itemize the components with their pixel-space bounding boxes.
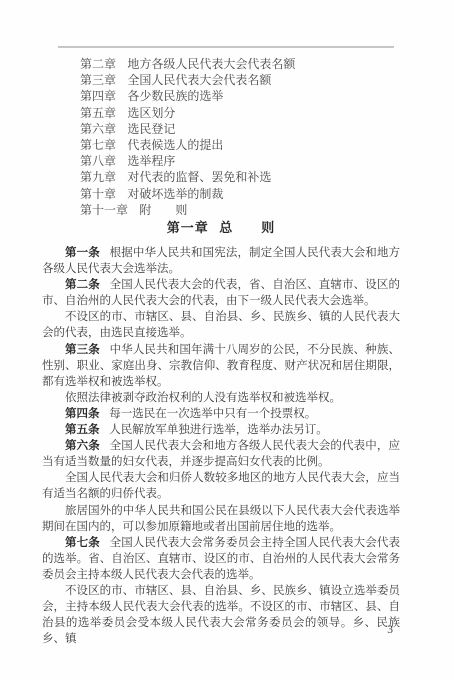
toc-chapter-title: 各少数民族的选举	[127, 89, 223, 103]
toc-item: 第三章全国人民代表大会代表名额	[80, 72, 295, 88]
article-paragraph: 第三条中华人民共和国年满十八周岁的公民，不分民族、种族、性别、职业、家庭出身、宗…	[42, 342, 400, 390]
article-number: 第一条	[65, 247, 100, 259]
toc-chapter-number: 第八章	[80, 154, 116, 168]
toc-item: 第十一章附 则	[80, 202, 295, 218]
article-paragraph: 依照法律被剥夺政治权利的人没有选举权和被选举权。	[42, 390, 400, 406]
toc-chapter-number: 第七章	[80, 138, 116, 152]
chapter-heading-title: 总 则	[219, 220, 275, 235]
toc-item: 第八章选举程序	[80, 153, 295, 169]
toc-item: 第七章代表候选人的提出	[80, 137, 295, 153]
chapter-heading: 第一章总 则	[42, 220, 400, 236]
toc-item: 第二章地方各级人民代表大会代表名额	[80, 56, 295, 72]
page-number: 3	[387, 624, 393, 636]
document-page: 第二章地方各级人民代表大会代表名额 第三章全国人民代表大会代表名额 第四章各少数…	[0, 0, 454, 680]
article-number: 第二条	[65, 279, 100, 291]
toc-chapter-title: 地方各级人民代表大会代表名额	[127, 57, 295, 71]
article-paragraph: 第七条全国人民代表大会常务委员会主持全国人民代表大会代表的选举。省、自治区、直辖…	[42, 535, 400, 583]
toc-chapter-title: 全国人民代表大会代表名额	[127, 73, 271, 87]
toc-chapter-number: 第十章	[80, 187, 116, 201]
toc-item: 第四章各少数民族的选举	[80, 88, 295, 104]
table-of-contents: 第二章地方各级人民代表大会代表名额 第三章全国人民代表大会代表名额 第四章各少数…	[80, 56, 295, 218]
article-paragraph: 不设区的市、市辖区、县、自治县、乡、民族乡、镇的人民代表大会的代表，由选民直接选…	[42, 309, 400, 341]
article-text: 全国人民代表大会和归侨人数较多地区的地方人民代表大会，应当有适当名额的归侨代表。	[42, 472, 400, 500]
toc-chapter-title: 对破坏选举的制裁	[127, 187, 223, 201]
article-number: 第六条	[65, 440, 100, 452]
toc-chapter-number: 第九章	[80, 170, 116, 184]
toc-chapter-number: 第五章	[80, 106, 116, 120]
toc-chapter-number: 第四章	[80, 89, 116, 103]
article-body: 第一条根据中华人民共和国宪法，制定全国人民代表大会和地方各级人民代表大会选举法。…	[42, 245, 400, 647]
article-number: 第七条	[65, 537, 100, 549]
article-text: 不设区的市、市辖区、县、自治县、乡、民族乡、镇设立选举委员会，主持本级人民代表大…	[42, 585, 400, 645]
article-number: 第五条	[65, 424, 100, 436]
article-number: 第四条	[65, 408, 100, 420]
article-text: 旅居国外的中华人民共和国公民在县级以下人民代表大会代表选举期间在国内的，可以参加…	[42, 505, 400, 533]
toc-chapter-title: 选区划分	[127, 106, 175, 120]
article-paragraph: 第四条每一选民在一次选举中只有一个投票权。	[42, 406, 400, 422]
article-paragraph: 第五条人民解放军单独进行选举，选举办法另订。	[42, 422, 400, 438]
article-text: 依照法律被剥夺政治权利的人没有选举权和被选举权。	[65, 392, 341, 404]
toc-chapter-title: 选民登记	[127, 122, 175, 136]
toc-item: 第十章对破坏选举的制裁	[80, 186, 295, 202]
toc-item: 第九章对代表的监督、罢免和补选	[80, 169, 295, 185]
article-paragraph: 全国人民代表大会和归侨人数较多地区的地方人民代表大会，应当有适当名额的归侨代表。	[42, 470, 400, 502]
article-paragraph: 不设区的市、市辖区、县、自治县、乡、民族乡、镇设立选举委员会，主持本级人民代表大…	[42, 583, 400, 647]
article-paragraph: 第二条全国人民代表大会的代表，省、自治区、直辖市、设区的市、自治州的人民代表大会…	[42, 277, 400, 309]
toc-chapter-number: 第六章	[80, 122, 116, 136]
article-paragraph: 第六条全国人民代表大会和地方各级人民代表大会的代表中，应当有适当数量的妇女代表，…	[42, 438, 400, 470]
toc-chapter-number: 第二章	[80, 57, 116, 71]
article-text: 人民解放军单独进行选举，选举办法另订。	[109, 424, 328, 436]
toc-item: 第六章选民登记	[80, 121, 295, 137]
article-text: 不设区的市、市辖区、县、自治县、乡、民族乡、镇的人民代表大会的代表，由选民直接选…	[42, 311, 400, 339]
toc-chapter-number: 第三章	[80, 73, 116, 87]
toc-chapter-title: 附 则	[139, 203, 187, 217]
chapter-heading-number: 第一章	[167, 220, 209, 235]
article-paragraph: 第一条根据中华人民共和国宪法，制定全国人民代表大会和地方各级人民代表大会选举法。	[42, 245, 400, 277]
toc-chapter-title: 选举程序	[127, 154, 175, 168]
toc-item: 第五章选区划分	[80, 105, 295, 121]
article-text: 每一选民在一次选举中只有一个投票权。	[109, 408, 316, 420]
article-paragraph: 旅居国外的中华人民共和国公民在县级以下人民代表大会代表选举期间在国内的，可以参加…	[42, 503, 400, 535]
toc-chapter-title: 代表候选人的提出	[127, 138, 223, 152]
toc-chapter-number: 第十一章	[80, 203, 128, 217]
header-divider	[58, 46, 394, 48]
toc-chapter-title: 对代表的监督、罢免和补选	[127, 170, 271, 184]
article-number: 第三条	[65, 344, 100, 356]
